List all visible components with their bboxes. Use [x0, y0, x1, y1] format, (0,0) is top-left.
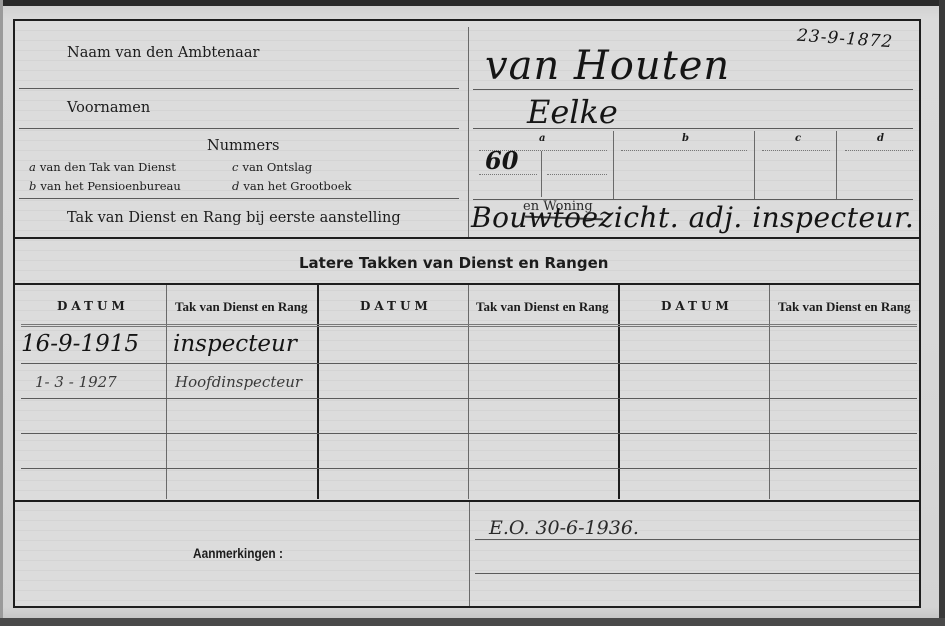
row-rule-4 [21, 468, 917, 469]
numbers-col-c: c [795, 133, 801, 144]
row-rule-3 [21, 433, 917, 434]
later-section-title: Latere Takken van Dienst en Rangen [299, 254, 608, 272]
numbers-c-dotted [762, 150, 830, 151]
remarks-rule-1 [475, 539, 919, 540]
header-datum-1: DATUM [57, 299, 129, 313]
scan-edge-top [0, 0, 945, 6]
numbers-c-label: cvan Ontslag [232, 160, 312, 174]
top-section-bottom-rule [15, 237, 919, 239]
surname-rule-left [19, 88, 459, 89]
top-section-divider [468, 27, 469, 239]
given-names-label: Voornamen [67, 100, 150, 116]
numbers-col-a: a [539, 133, 545, 144]
surname-entry: van Houten [485, 43, 730, 89]
surname-label: Naam van den Ambtenaar [67, 45, 259, 61]
scan-edge-right [939, 0, 945, 626]
col-divider-2 [317, 285, 319, 499]
table-bottom-rule [15, 500, 919, 502]
numbers-rule-left [19, 198, 459, 199]
header-datum-3: DATUM [661, 299, 733, 313]
letter-b: b [29, 179, 36, 193]
numbers-heading: Nummers [207, 138, 279, 154]
numbers-b-text: van het Pensioenbureau [40, 179, 180, 193]
letter-d: d [232, 179, 239, 193]
col-divider-4 [618, 285, 620, 499]
numbers-d-dotted [845, 150, 913, 151]
first-appointment-label: Tak van Dienst en Rang bij eerste aanste… [67, 210, 401, 226]
remarks-entry: E.O. 30-6-1936. [489, 517, 639, 539]
numbers-col-b: b [682, 133, 689, 144]
row-1-rank: inspecteur [173, 331, 297, 357]
numbers-a-label: avan den Tak van Dienst [29, 160, 176, 174]
scan-edge-bottom [0, 618, 945, 626]
numbers-a-dotted-3 [547, 174, 607, 175]
surname-rule-right [473, 89, 913, 90]
number-a-entry: 60 [485, 146, 518, 175]
col-divider-5 [769, 285, 770, 499]
col-divider-1 [166, 285, 167, 499]
header-rank-2: Tak van Dienst en Rang [476, 299, 608, 315]
remarks-rule-2 [475, 573, 919, 574]
header-datum-2: DATUM [360, 299, 432, 313]
header-rank-3: Tak van Dienst en Rang [778, 299, 910, 315]
numbers-cd-divider [836, 131, 837, 199]
row-1-date: 16-9-1915 [21, 331, 139, 357]
numbers-b-label: bvan het Pensioenbureau [29, 179, 181, 193]
col-divider-3 [468, 285, 469, 499]
birth-date-entry: 23-9-1872 [796, 26, 893, 53]
scan-edge-left [0, 0, 3, 626]
row-rule-1 [21, 363, 917, 364]
row-2-rank: Hoofdinspecteur [175, 373, 302, 391]
header-rank-1: Tak van Dienst en Rang [175, 299, 307, 315]
personnel-record-card: Naam van den Ambtenaar Voornamen Nummers… [13, 19, 921, 608]
numbers-b-dotted [621, 150, 747, 151]
numbers-bc-divider [754, 131, 755, 199]
first-appointment-entry: Bouwtoezicht. adj. inspecteur. [471, 201, 914, 234]
given-names-rule-left [19, 128, 459, 129]
table-top-rule [15, 283, 919, 285]
numbers-d-label: dvan het Grootboek [232, 179, 352, 193]
letter-c: c [232, 160, 238, 174]
numbers-a-text: van den Tak van Dienst [40, 160, 176, 174]
numbers-ab-divider [613, 131, 614, 199]
row-2-date: 1- 3 - 1927 [35, 373, 117, 391]
numbers-col-d: d [877, 133, 884, 144]
numbers-d-text: van het Grootboek [243, 179, 351, 193]
numbers-c-text: van Ontslag [242, 160, 312, 174]
letter-a: a [29, 160, 36, 174]
remarks-label: Aanmerkingen : [193, 545, 283, 561]
given-names-entry: Eelke [527, 93, 618, 131]
row-rule-2 [21, 398, 917, 399]
numbers-a-inner-divider [541, 151, 542, 197]
remarks-divider [469, 502, 470, 606]
header-bottom-rule [21, 324, 917, 327]
